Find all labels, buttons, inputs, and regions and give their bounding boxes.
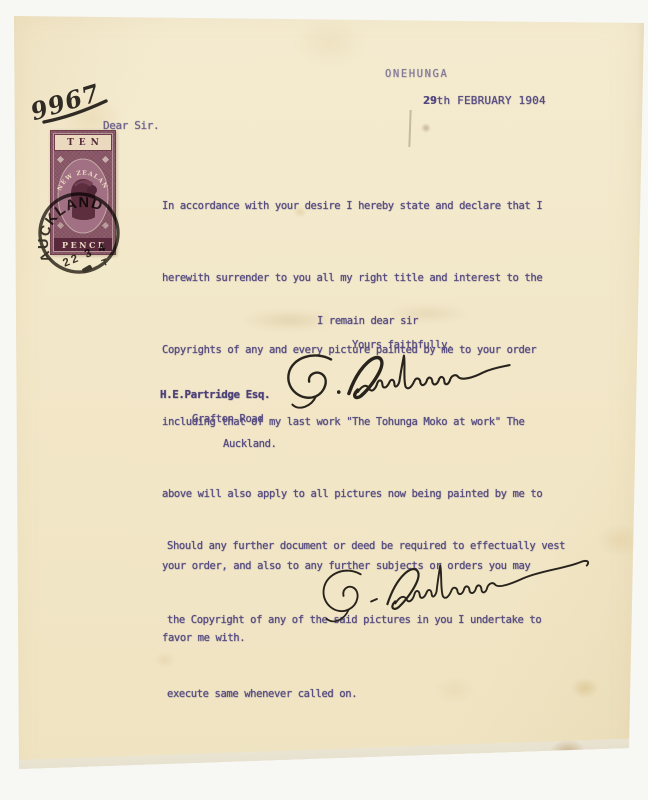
recipient-city: Auckland.	[223, 438, 276, 450]
letter-place: ONEHUNGA	[385, 68, 448, 80]
letter-date-day: 29	[423, 94, 437, 107]
stamp-corner-ornament	[102, 156, 109, 163]
letter-date: 29th FEBRUARY 1904	[423, 94, 546, 107]
body-line: In accordance with your desire I hereby …	[162, 194, 542, 218]
recipient-name: H.E.Partridge Esq.	[160, 388, 270, 401]
body-line: herewith surrender to you all my right t…	[162, 266, 542, 290]
recipient-street: Grafton Road	[192, 413, 263, 425]
closing-line-1: I remain dear sir	[317, 315, 418, 327]
signature-g-lindauer-1	[278, 338, 516, 414]
stamp-value-top: TEN	[54, 134, 112, 151]
postscript-line: execute same whenever called on.	[167, 682, 565, 707]
salutation: Dear Sir.	[103, 119, 159, 132]
letter-date-rest: th FEBRUARY 1904	[437, 94, 546, 107]
stamp-corner-ornament	[57, 156, 64, 163]
scanned-letter-page: 9967 TEN NEW ZEALAND	[0, 0, 648, 800]
